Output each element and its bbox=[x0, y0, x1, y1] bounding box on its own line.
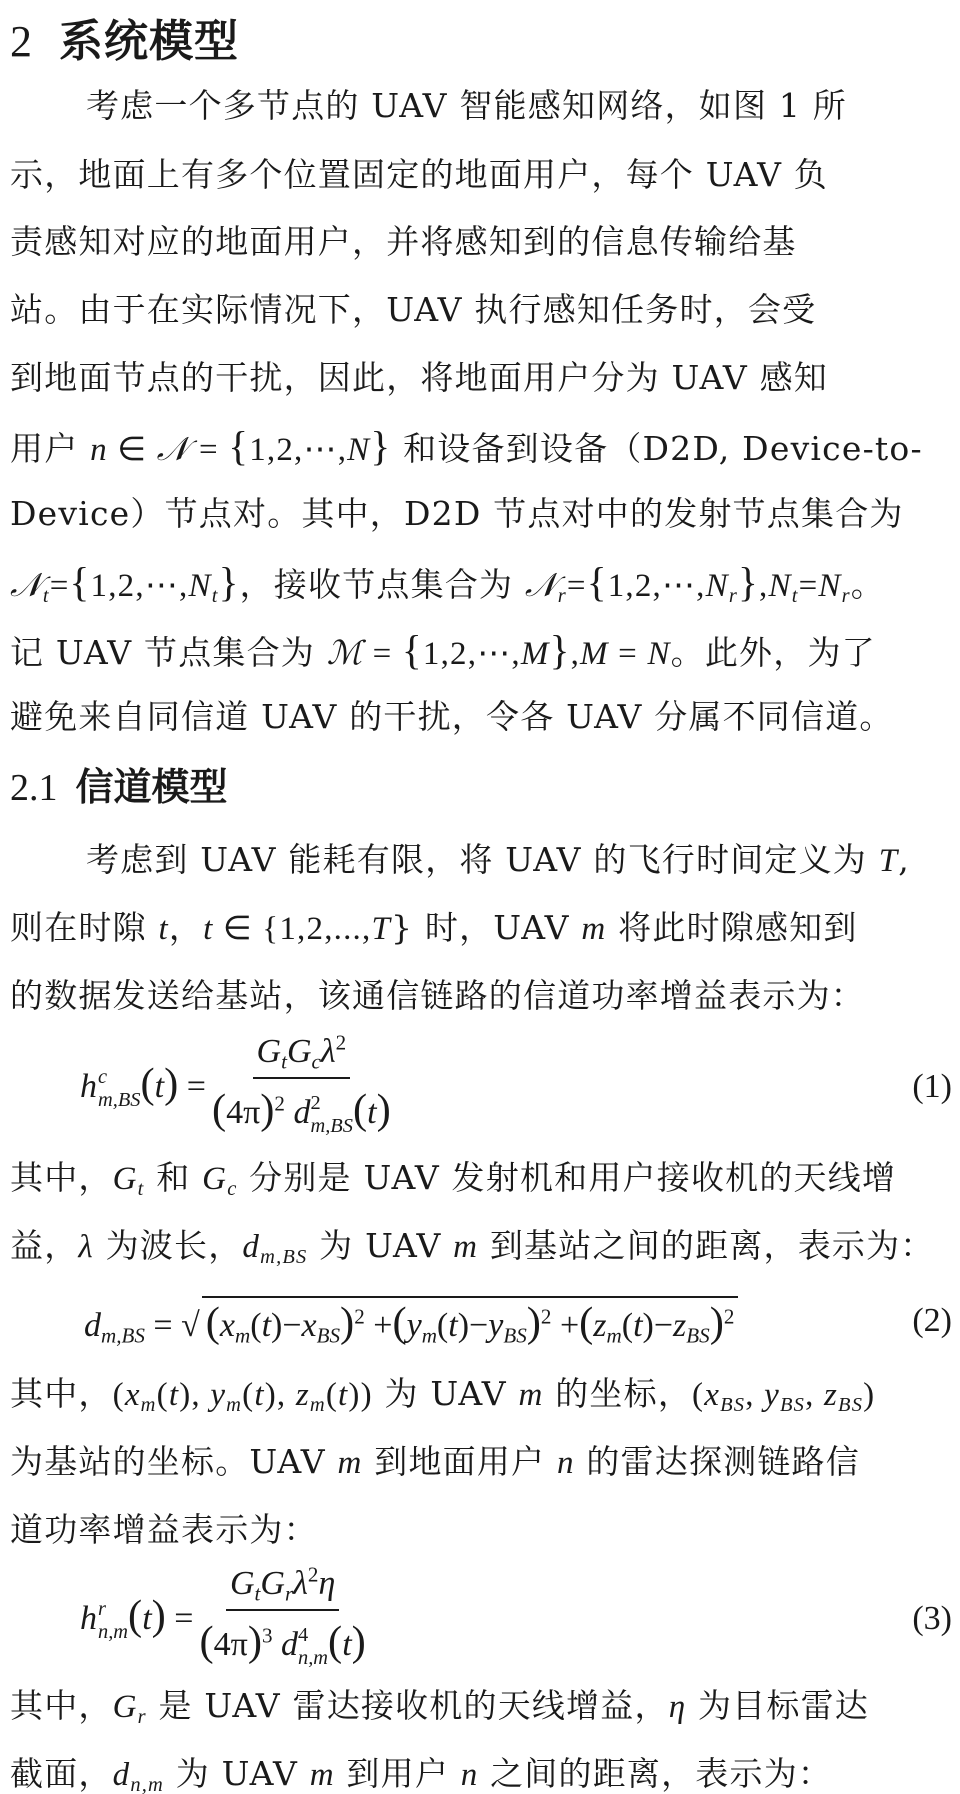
equation-number: (3) bbox=[912, 1600, 952, 1638]
paragraph-line: 其中，Gt 和 Gc 分别是 UAV 发射机和用户接收机的天线增 bbox=[10, 1158, 952, 1199]
paragraph-line: 则在时隙 t，t ∈ {1,2,...,T} 时，UAV m 将此时隙感知到 bbox=[10, 908, 952, 949]
text: 记 UAV 节点集合为 bbox=[10, 633, 327, 672]
subsection-title: 信道模型 bbox=[76, 765, 228, 809]
equation-number: (2) bbox=[912, 1302, 952, 1340]
fraction: GtGcλ2 (4π)2 d2m,BS(t) bbox=[212, 1033, 391, 1138]
paragraph-line: Device）节点对。其中，D2D 节点对中的发射节点集合为 bbox=[10, 494, 952, 534]
paragraph-line: 其中，Gr 是 UAV 雷达接收机的天线增益，η 为目标雷达 bbox=[10, 1686, 952, 1727]
section-number: 2 bbox=[10, 17, 33, 66]
paragraph-line: 其中，(xm(t), ym(t), zm(t)) 为 UAV m 的坐标，(xB… bbox=[10, 1374, 952, 1415]
paragraph-line: 示，地面上有多个位置固定的地面用户，每个 UAV 负 bbox=[10, 155, 952, 195]
paragraph-line: 避免来自同信道 UAV 的干扰，令各 UAV 分属不同信道。 bbox=[10, 697, 952, 737]
equation-number: (1) bbox=[912, 1068, 952, 1106]
equation-2: dm,BS = √(xm(t)−xBS)2 +(ym(t)−yBS)2 +(zm… bbox=[0, 1282, 960, 1362]
inline-math-uav-set: ℳ = {1,2,⋯,M},M = N bbox=[327, 636, 671, 672]
subsection-number: 2.1 bbox=[10, 767, 58, 809]
equation-3: hrn,m(t) = GtGrλ2η (4π)3 d4n,m(t) (3) bbox=[0, 1562, 960, 1672]
inline-math-tx-set: 𝒩t={1,2,⋯,Nt} bbox=[10, 568, 240, 604]
subsection-heading: 2.1信道模型 bbox=[10, 762, 228, 813]
paragraph-line: 记 UAV 节点集合为 ℳ = {1,2,⋯,M},M = N。此外，为了 bbox=[10, 630, 952, 674]
paragraph-line: 截面，dn,m 为 UAV m 到用户 n 之间的距离，表示为： bbox=[10, 1754, 952, 1794]
text: ，接收节点集合为 bbox=[240, 565, 525, 604]
inline-math-rx-set: 𝒩r={1,2,⋯,Nr},Nt=Nr bbox=[525, 568, 851, 604]
text: 用户 bbox=[10, 429, 90, 468]
paragraph-line: 用户 n ∈ 𝒩 = {1,2,⋯,N} 和设备到设备（D2D, Device-… bbox=[10, 426, 952, 470]
paragraph-line: 责感知对应的地面用户，并将感知到的信息传输给基 bbox=[10, 222, 952, 262]
paragraph-line: 考虑一个多节点的 UAV 智能感知网络，如图 1 所 bbox=[10, 86, 952, 126]
equation-1: n hcm,BS(t) = GtGcλ2 (4π)2 d2m,BS(t) (1) bbox=[0, 1030, 960, 1140]
fraction: GtGrλ2η (4π)3 d4n,m(t) bbox=[199, 1565, 365, 1670]
paragraph-line: 的数据发送给基站，该通信链路的信道功率增益表示为： bbox=[10, 976, 952, 1016]
text: 和设备到设备（D2D, Device-to- bbox=[391, 429, 922, 468]
section-title: 系统模型 bbox=[59, 16, 239, 67]
text: 。此外，为了 bbox=[671, 633, 876, 672]
paragraph-line: 道功率增益表示为： bbox=[10, 1510, 952, 1550]
text: 。 bbox=[851, 565, 885, 604]
paragraph-line: 益，λ 为波长，dm,BS 为 UAV m 到基站之间的距离，表示为： bbox=[10, 1226, 952, 1267]
paragraph-line: 为基站的坐标。UAV m 到地面用户 n 的雷达探测链路信 bbox=[10, 1442, 952, 1483]
paragraph-line: 考虑到 UAV 能耗有限，将 UAV 的飞行时间定义为 T, bbox=[10, 840, 952, 881]
paragraph-line: 𝒩t={1,2,⋯,Nt}，接收节点集合为 𝒩r={1,2,⋯,Nr},Nt=N… bbox=[10, 562, 952, 606]
inline-math-user-set: n ∈ 𝒩 = {1,2,⋯,N} bbox=[90, 432, 391, 468]
paragraph-line: 站。由于在实际情况下，UAV 执行感知任务时，会受 bbox=[10, 290, 952, 330]
paragraph-line: 到地面节点的干扰，因此，将地面用户分为 UAV 感知 bbox=[10, 358, 952, 398]
section-heading: 2系统模型 bbox=[10, 14, 239, 70]
